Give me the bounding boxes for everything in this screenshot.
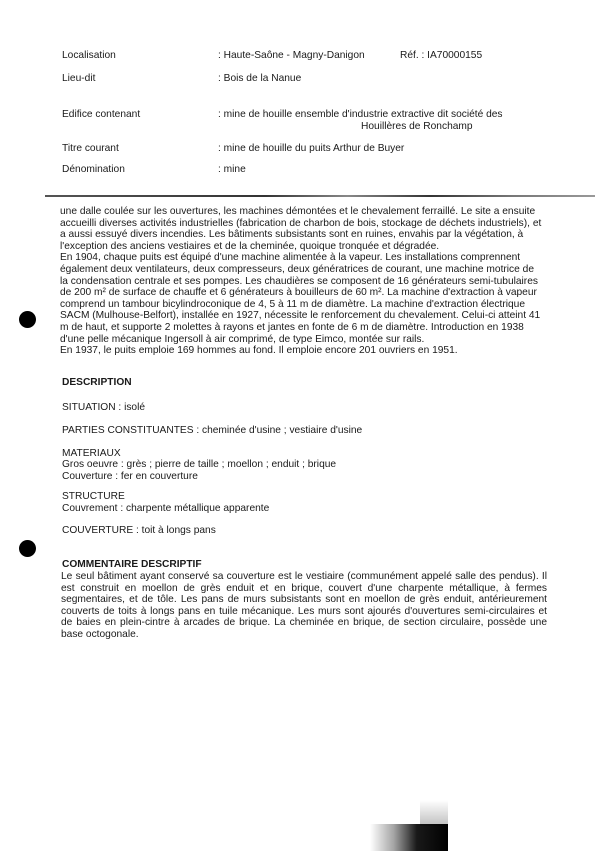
history-line: accueilli diverses activités industriell…: [60, 218, 548, 230]
reference-number: Réf. : IA70000155: [400, 50, 482, 62]
label-localisation: Localisation: [62, 50, 116, 62]
commentaire-line: est construit en moellon de grès enduit …: [61, 583, 547, 595]
commentaire-paragraph: Le seul bâtiment ayant conservé sa couve…: [61, 571, 547, 641]
label-titre-courant: Titre courant: [62, 143, 119, 155]
structure-heading: STRUCTURE: [62, 491, 125, 503]
history-line: comprend un tambour bicylindroconique de…: [60, 299, 548, 311]
label-lieu-dit: Lieu-dit: [62, 73, 95, 85]
history-line: m de haut, et supporte 2 molettes à rayo…: [60, 322, 548, 334]
punch-hole-icon: [19, 540, 36, 557]
couvrement-field: Couvrement : charpente métallique appare…: [62, 503, 269, 515]
description-heading: DESCRIPTION: [62, 377, 132, 389]
value-edifice-contenant: : mine de houille ensemble d'industrie e…: [218, 109, 503, 121]
history-line: une dalle coulée sur les ouvertures, les…: [60, 206, 548, 218]
commentaire-line: de baies en plein-cintre à arcades de br…: [61, 617, 547, 629]
value-edifice-contenant-continued: Houillères de Ronchamp: [361, 121, 473, 133]
punch-hole-icon: [19, 311, 36, 328]
value-localisation: : Haute-Saône - Magny-Danigon: [218, 50, 365, 62]
materiaux-heading: MATERIAUX: [62, 448, 121, 460]
commentaire-heading: COMMENTAIRE DESCRIPTIF: [62, 559, 202, 571]
history-line: l'exception des anciens vestiaires et de…: [60, 241, 548, 253]
history-line: a aussi essuyé divers incendies. Les bât…: [60, 229, 548, 241]
value-lieu-dit: : Bois de la Nanue: [218, 73, 301, 85]
label-edifice-contenant: Edifice contenant: [62, 109, 140, 121]
commentaire-line: segmentaires, et de tôle. Les pans de mu…: [61, 594, 547, 606]
history-line: En 1904, chaque puits est équipé d'une m…: [60, 252, 548, 264]
history-line: la condensation centrale et ses pompes. …: [60, 276, 548, 288]
history-line: également deux ventilateurs, deux compre…: [60, 264, 548, 276]
commentaire-line: base octogonale.: [61, 629, 547, 641]
header-divider: [45, 195, 595, 197]
value-titre-courant: : mine de houille du puits Arthur de Buy…: [218, 143, 404, 155]
scan-smudge: [420, 800, 448, 826]
value-denomination: : mine: [218, 164, 246, 176]
couverture-field: COUVERTURE : toit à longs pans: [62, 525, 216, 537]
parties-constituantes-field: PARTIES CONSTITUANTES : cheminée d'usine…: [62, 425, 362, 437]
history-paragraph: une dalle coulée sur les ouvertures, les…: [60, 206, 548, 357]
couverture-materiau-field: Couverture : fer en couverture: [62, 471, 198, 483]
gros-oeuvre-field: Gros oeuvre : grès ; pierre de taille ; …: [62, 459, 336, 471]
scan-smudge: [370, 824, 448, 851]
situation-field: SITUATION : isolé: [62, 402, 145, 414]
commentaire-line: Le seul bâtiment ayant conservé sa couve…: [61, 571, 547, 583]
label-denomination: Dénomination: [62, 164, 125, 176]
commentaire-line: couverts de toits à longs pans en tuile …: [61, 606, 547, 618]
history-line: d'une pelle mécanique Ingersoll à air co…: [60, 334, 548, 346]
history-line: SACM (Mulhouse-Belfort), installée en 19…: [60, 310, 548, 322]
history-line: En 1937, le puits emploie 169 hommes au …: [60, 345, 548, 357]
history-line: de 200 m² de surface de chauffe et 6 gén…: [60, 287, 548, 299]
